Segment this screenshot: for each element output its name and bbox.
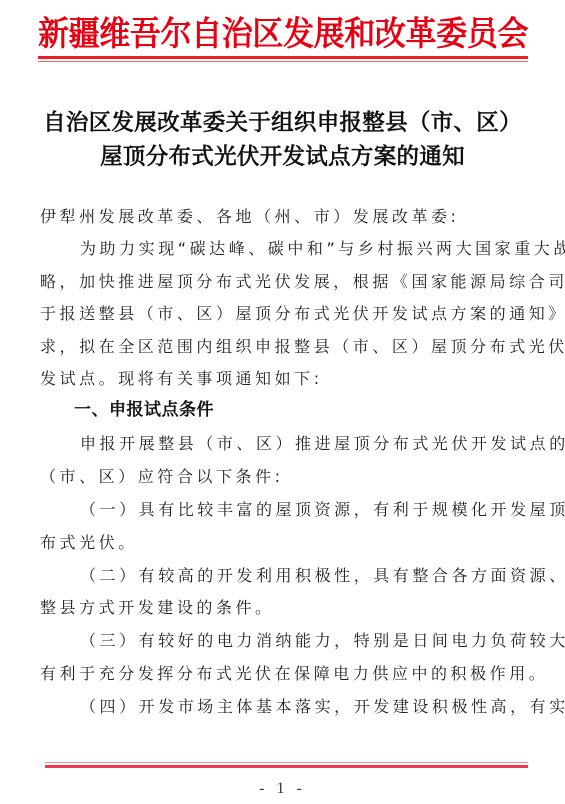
footer-red-rule-thick [45, 765, 528, 768]
body-line: （市、区）应符合以下条件: [40, 467, 530, 487]
body-line: 略，加快推进屋顶分布式光伏发展，根据《国家能源局综合司关 [40, 272, 530, 292]
masthead-char: 委 [436, 6, 467, 55]
masthead-char: 吾 [130, 6, 161, 55]
body-line: 申报开展整县（市、区）推进屋顶分布式光伏开发试点的县 [80, 434, 530, 454]
document-title-line-1: 自治区发展改革委关于组织申报整县（市、区） [0, 105, 565, 137]
masthead-char: 员 [467, 6, 498, 55]
body-line: 为助力实现“碳达峰、碳中和”与乡村振兴两大国家重大战 [80, 239, 530, 259]
masthead-char: 展 [314, 6, 345, 55]
masthead-char: 会 [497, 6, 528, 55]
condition-item-4: （四）开发市场主体基本落实，开发建设积极性高，有实力 [80, 697, 530, 717]
masthead-red-rule-thick [38, 56, 528, 59]
masthead-char: 疆 [69, 6, 100, 55]
footer-red-rule-thin [45, 762, 528, 763]
body-line: 求，拟在全区范围内组织申报整县（市、区）屋顶分布式光伏开 [40, 337, 530, 357]
masthead-org-name: 新 疆 维 吾 尔 自 治 区 发 展 和 改 革 委 员 会 [38, 10, 528, 50]
body-line: 发试点。现将有关事项通知如下: [40, 369, 530, 389]
masthead-char: 区 [252, 6, 283, 55]
masthead-char: 新 [38, 6, 69, 55]
page-number: - 1 - [0, 780, 565, 798]
masthead-char: 改 [375, 6, 406, 55]
masthead-char: 革 [406, 6, 437, 55]
masthead-char: 发 [283, 6, 314, 55]
section-heading: 一、申报试点条件 [74, 400, 564, 420]
masthead-red-rule-thin [38, 61, 528, 62]
document-title-line-2: 屋顶分布式光伏开发试点方案的通知 [0, 139, 565, 171]
body-line: 整县方式开发建设的条件。 [40, 598, 530, 618]
body-line: 布式光伏。 [40, 533, 530, 553]
body-line: 于报送整县（市、区）屋顶分布式光伏开发试点方案的通知》要 [40, 304, 530, 324]
body-line: 有利于充分发挥分布式光伏在保障电力供应中的积极作用。 [40, 664, 530, 684]
condition-item-2: （二）有较高的开发利用积极性，具有整合各方面资源、以 [80, 566, 530, 586]
masthead-char: 自 [191, 6, 222, 55]
masthead-char: 维 [99, 6, 130, 55]
salutation: 伊犁州发展改革委、各地（州、市）发展改革委: [40, 207, 530, 227]
condition-item-1: （一）具有比较丰富的屋顶资源，有利于规模化开发屋顶分 [80, 500, 530, 520]
condition-item-3: （三）有较好的电力消纳能力，特别是日间电力负荷较大， [80, 631, 530, 651]
masthead-char: 尔 [161, 6, 192, 55]
masthead-char: 治 [222, 6, 253, 55]
masthead-char: 和 [344, 6, 375, 55]
